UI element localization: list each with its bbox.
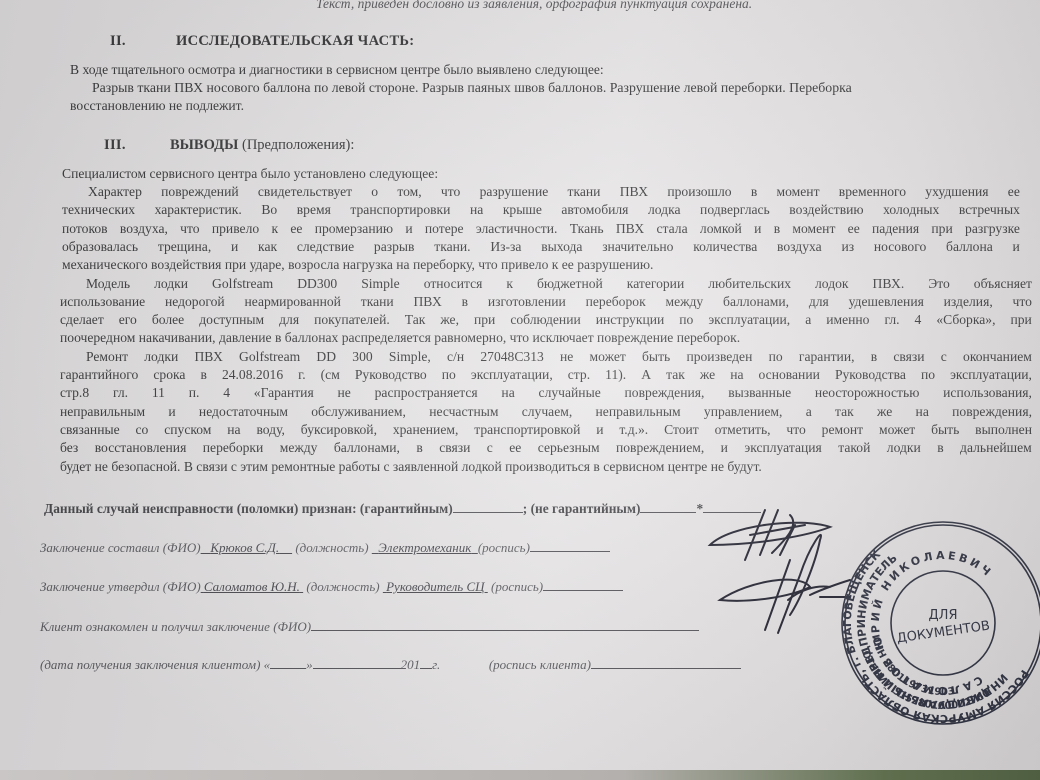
approved-row: Заключение утвердил (ФИО) Саломатов Ю.Н.…	[40, 578, 623, 595]
conclusions-line: связанныесоспускомнаводу,буксировкой,хра…	[60, 422, 1032, 438]
approved-signature-blank[interactable]	[543, 578, 623, 591]
approved-label: Заключение утвердил (ФИО)	[40, 579, 201, 594]
page-bottom-edge	[0, 770, 1040, 780]
conclusions-line: образоваласьтрещина,икакследствиеразрывт…	[62, 239, 1020, 255]
compiled-position: Электромеханик	[378, 540, 471, 555]
section3-number: III.	[104, 137, 126, 153]
company-stamp: РОССИЯ АМУРСКАЯ ОБЛАСТЬ, г. БЛАГОВЕЩЕНСК…	[838, 518, 1040, 728]
intro-note: Текст, приведен дословно из заявления, о…	[316, 0, 752, 12]
client-signature-blank[interactable]	[591, 656, 741, 669]
conclusions-line: поочередном накачивании, давление в балл…	[60, 330, 740, 346]
document-page: Текст, приведен дословно из заявления, о…	[0, 0, 1040, 780]
approved-position-label: (должность)	[306, 579, 379, 594]
date-day-blank[interactable]	[270, 656, 306, 669]
client-label: Клиент ознакомлен и получил заключение (…	[40, 619, 311, 634]
client-signature-label: (роспись клиента)	[489, 657, 591, 672]
conclusions-line: безвосстановленияпереборкимеждубаллонами…	[60, 440, 1032, 456]
non-warranty-blank[interactable]	[640, 500, 696, 513]
approved-signature-label: (роспись)	[491, 579, 543, 594]
conclusions-line: гарантийногосрокав24.08.2016г.(смРуковод…	[60, 367, 1032, 383]
date-year: 201	[401, 657, 421, 672]
section2-number: II.	[110, 33, 126, 49]
verdict-separator: ; (не гарантийным)	[523, 501, 641, 516]
approved-name: Саломатов Ю.Н.	[204, 579, 300, 594]
section2-finding-line1: Разрыв ткани ПВХ носового баллона по лев…	[92, 80, 852, 96]
date-label: (дата получения заключения клиентом) «	[40, 657, 270, 672]
conclusions-line: МодельлодкиGolfstreamDD300Simpleотноситс…	[86, 276, 1032, 292]
compiled-signature-blank[interactable]	[530, 539, 610, 552]
section3-title-wrap: ВЫВОДЫ (Предположения):	[170, 137, 354, 153]
conclusions-line: механического воздействия при ударе, воз…	[62, 257, 653, 273]
section3-title: ВЫВОДЫ	[170, 137, 238, 153]
approved-position: Руководитель СЦ	[386, 579, 484, 594]
verdict-label: Данный случай неисправности (поломки) пр…	[44, 501, 453, 516]
conclusions-line: использованиенедорогойнеармированнойткан…	[60, 294, 1032, 310]
compiled-position-label: (должность)	[295, 540, 368, 555]
conclusions-line: сделаетегоболеедоступнымдляпокупателей.Т…	[60, 312, 1032, 328]
conclusions-line: стр.8гл.11п.4«Гарантиянераспространяется…	[60, 385, 1032, 401]
date-row: (дата получения заключения клиентом) «»2…	[40, 656, 741, 673]
conclusions-line: техническиххарактеристик.Вовремятранспор…	[62, 202, 1020, 218]
date-year-blank[interactable]	[420, 656, 432, 669]
conclusions-line: будет не безопасной. В связи с этим ремо…	[60, 459, 762, 475]
conclusions-line: неправильныминедостаточнымобслуживанием,…	[60, 404, 1032, 420]
verdict-row: Данный случай неисправности (поломки) пр…	[44, 500, 761, 517]
compiled-row: Заключение составил (ФИО) Крюков С.Д. (д…	[40, 539, 610, 556]
date-year-suffix: г.	[432, 657, 440, 672]
client-row: Клиент ознакомлен и получил заключение (…	[40, 618, 699, 635]
conclusions-line: РемонтлодкиПВХGolfstreamDD300Simple,с/н2…	[86, 349, 1032, 365]
client-name-blank[interactable]	[311, 618, 699, 631]
compiled-signature-label: (роспись)	[478, 540, 530, 555]
section3-title-suffix: (Предположения):	[242, 137, 354, 153]
compiled-name: Крюков С.Д.	[210, 540, 279, 555]
conclusions-line: потоковвоздуха,чтопривелокеепромерзаниюи…	[62, 221, 1020, 237]
section3-lead: Специалистом сервисного центра было уста…	[62, 166, 438, 182]
section2-lead: В ходе тщательного осмотра и диагностики…	[70, 62, 604, 78]
stamp-center-line1: ДЛЯ	[929, 608, 958, 623]
compiled-label: Заключение составил (ФИО)	[40, 540, 201, 555]
section2-title: ИССЛЕДОВАТЕЛЬСКАЯ ЧАСТЬ:	[176, 33, 414, 49]
section2-finding-line2: восстановлению не подлежит.	[70, 98, 244, 114]
warranty-blank[interactable]	[453, 500, 523, 513]
date-month-blank[interactable]	[313, 656, 401, 669]
conclusions-line: Характерповрежденийсвидетельствуетотом,ч…	[88, 184, 1020, 200]
